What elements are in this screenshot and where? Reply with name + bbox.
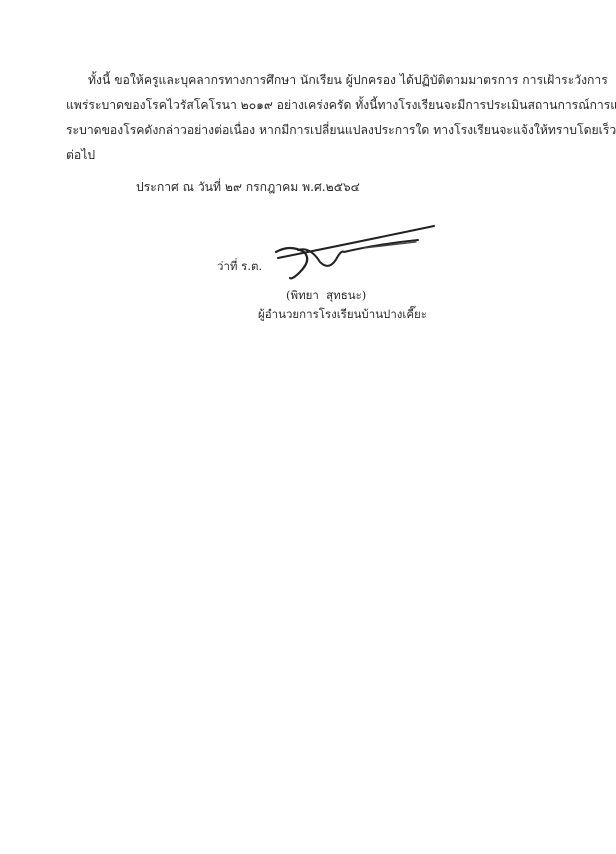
signer-title: ผู้อำนวยการโรงเรียนบ้านปางเคี๊ยะ xyxy=(258,306,427,324)
body-line: แพร่ระบาดของโรคไวรัสโคโรนา ๒๐๑๙ อย่างเคร… xyxy=(66,93,594,118)
signer-rank: ว่าที่ ร.ต. xyxy=(217,258,262,276)
body-line: ระบาดของโรคดังกล่าวอย่างต่อเนื่อง หากมีก… xyxy=(66,118,594,143)
body-line: ทั้งนี้ ขอให้ครูและบุคลากรทางการศึกษา นั… xyxy=(66,68,594,93)
signer-name: (พิทยา สุทธนะ) xyxy=(286,287,366,305)
signature-image xyxy=(268,222,438,282)
body-paragraph: ทั้งนี้ ขอให้ครูและบุคลากรทางการศึกษา นั… xyxy=(66,68,594,168)
body-line: ต่อไป xyxy=(66,143,594,168)
announcement-date: ประกาศ ณ วันที่ ๒๙ กรกฎาคม พ.ศ.๒๕๖๔ xyxy=(136,178,360,197)
